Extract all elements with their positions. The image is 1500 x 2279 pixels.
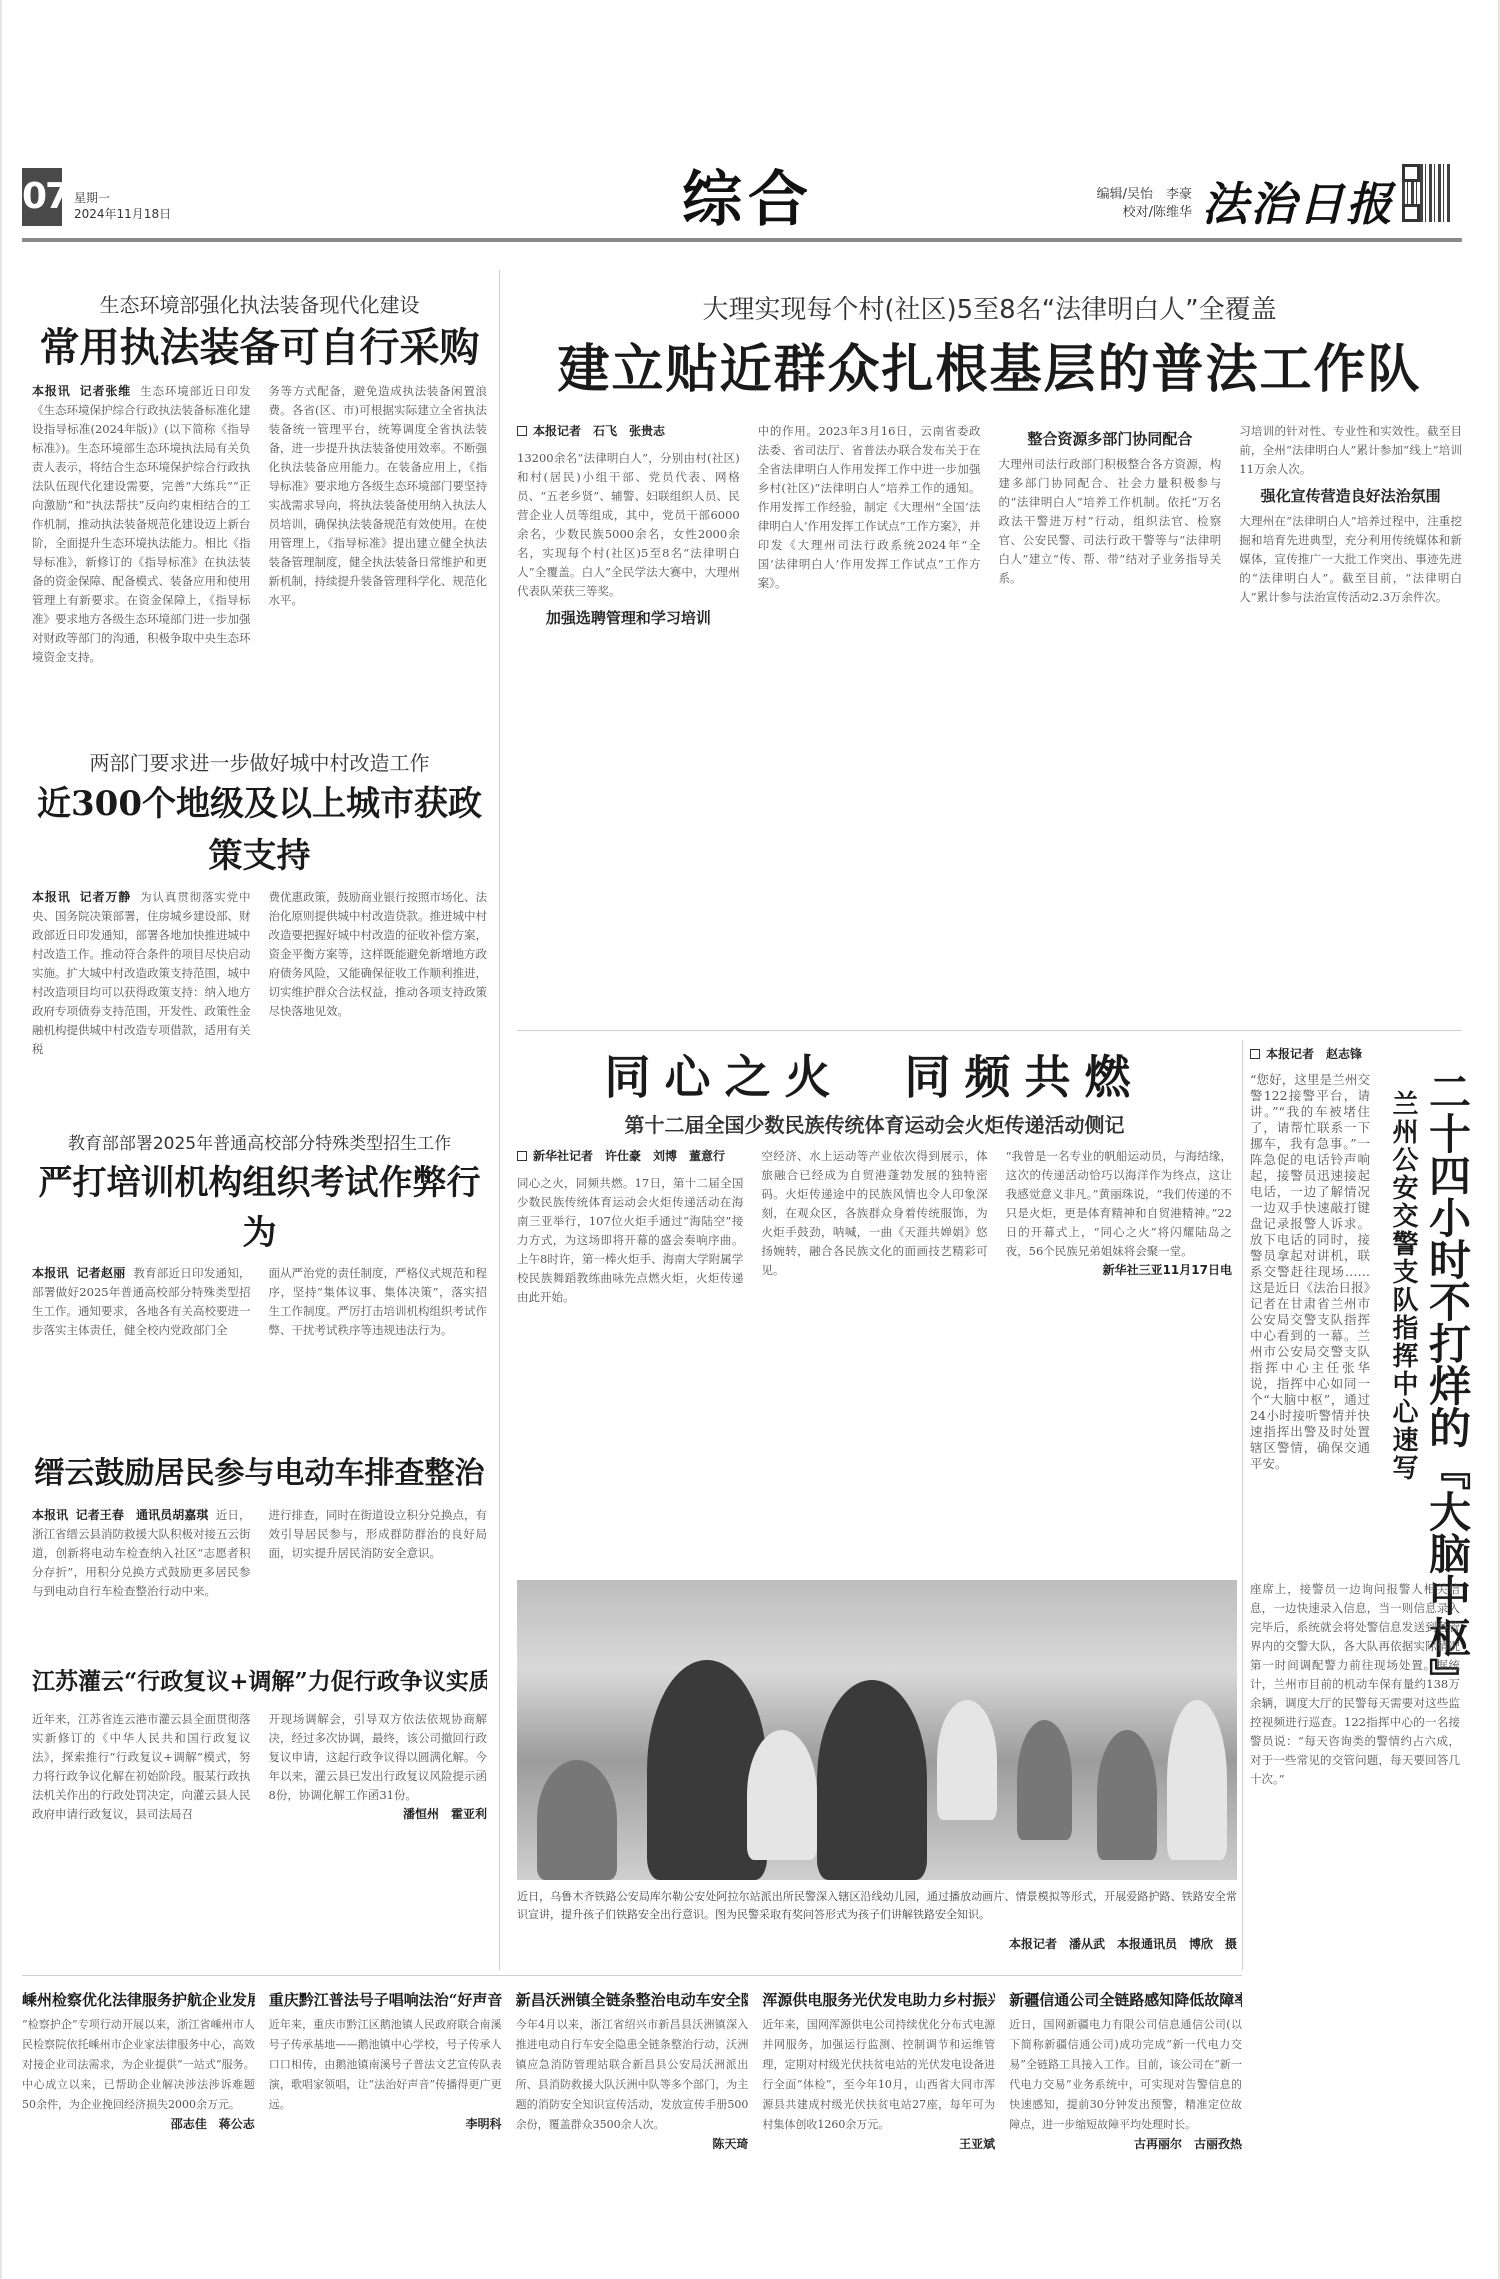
article-exam-cheating: 教育部部署2025年普通高校部分特殊类型招生工作 严打培训机构组织考试作弊行为 … <box>32 1130 487 1420</box>
byline-text: 新华社记者 许仕豪 刘博 董意行 <box>533 1149 725 1163</box>
article-subhead: 加强选聘管理和学习培训 <box>517 609 740 628</box>
brief-headline: 重庆黔江普法号子唱响法治“好声音” <box>269 1985 502 2015</box>
article-byline: 新华社记者 许仕豪 刘博 董意行 <box>517 1147 743 1166</box>
article-text: 习培训的针对性、专业性和实效性。截至目前，全州“法律明白人”累计参加“线上”培训… <box>1239 424 1462 476</box>
byline-box-icon <box>517 426 527 436</box>
brief-item: 浑源供电服务光伏发电助力乡村振兴 近年来，国网浑源供电公司持续优化分布式电源并网… <box>762 1985 995 2225</box>
article-column: “我曾是一名专业的帆船运动员，与海结缘，这次的传递活动恰巧以海洋作为终点，这让我… <box>1006 1147 1232 1307</box>
reporter: 记者赵丽 <box>77 1266 126 1280</box>
article-subhead: 整合资源多部门协同配合 <box>999 430 1222 449</box>
article-text: 面从严治党的责任制度，严格仪式规范和程序，坚持“集体议事、集体决策”，落实招生工… <box>269 1266 488 1337</box>
article-kicker: 教育部部署2025年普通高校部分特殊类型招生工作 <box>32 1130 487 1158</box>
article-byline: 本报记者 石飞 张贵志 <box>517 422 740 441</box>
article-column: 新华社记者 许仕豪 刘博 董意行 同心之火，同频共燃。17日，第十二届全国少数民… <box>517 1147 743 1307</box>
lead-tag: 本报讯 <box>32 890 71 904</box>
article-headline: 近300个地级及以上城市获政策支持 <box>32 778 487 882</box>
byline-text: 本报记者 赵志锋 <box>1266 1047 1362 1061</box>
article-headline: 建立贴近群众扎根基层的普法工作队 <box>517 330 1462 410</box>
photo-child-figure <box>537 1760 617 1880</box>
newspaper-logo: 法治日报 <box>1202 168 1394 234</box>
page-number: 07 <box>22 168 62 226</box>
photo-officer-figure <box>817 1680 927 1880</box>
article-env-equipment: 生态环境部强化执法装备现代化建设 常用执法装备可自行采购 本报讯 记者张维 生态… <box>32 290 487 730</box>
article-text: 中的作用。2023年3月16日，云南省委政法委、省司法厅、省普法办联合发布关于在… <box>758 424 981 590</box>
byline-text: 本报记者 石飞 张贵志 <box>533 424 665 438</box>
article-text: 大理州在“法律明白人”培养过程中，注重挖掘和培育先进典型，充分利用传统媒体和新媒… <box>1239 514 1462 604</box>
brief-signature: 古再丽尔 古丽孜热 <box>1009 2135 1242 2152</box>
article-text: 进行排查，同时在街道设立积分兑换点，有效引导居民参与，形成群防群治的良好局面，切… <box>269 1508 488 1560</box>
photo-credit: 本报记者 潘从武 本报通讯员 博欣 摄 <box>517 1935 1237 1955</box>
article-text: 务等方式配备，避免造成执法装备闲置浪费。各省(区、市)可根据实际建立全省执法装备… <box>269 384 488 607</box>
article-vertical-subtitle: 兰州公安交警支队指挥中心速写 <box>1387 1090 1419 1482</box>
article-column: 本报讯 记者张维 生态环境部近日印发《生态环境保护综合行政执法装备标准化建设指导… <box>32 382 251 667</box>
article-byline: 本报记者 赵志锋 <box>1250 1045 1370 1062</box>
article-text: 近年来，江苏省连云港市灌云县全面贯彻落实新修订的《中华人民共和国行政复议法》，探… <box>32 1712 251 1821</box>
article-column: 近年来，江苏省连云港市灌云县全面贯彻落实新修订的《中华人民共和国行政复议法》，探… <box>32 1710 251 1824</box>
article-headline: 缙云鼓励居民参与电动车排查整治 <box>32 1450 487 1498</box>
section-title: 综合 <box>682 160 814 240</box>
news-photo[interactable] <box>517 1580 1237 1880</box>
article-jinyun-ebike: 缙云鼓励居民参与电动车排查整治 本报讯 记者王春 通讯员胡嘉琪 近日，浙江省缙云… <box>32 1450 487 1640</box>
article-column: 费优惠政策，鼓励商业银行按照市场化、法治化原则提供城中村改造贷款。推进城中村改造… <box>269 888 488 1058</box>
masthead-rule <box>22 238 1462 242</box>
brief-text: 近年来，重庆市黔江区鹅池镇人民政府联合南溪号子传承基地——鹅池镇中心学校，号子传… <box>269 2015 502 2115</box>
brief-headline: 浑源供电服务光伏发电助力乡村振兴 <box>762 1985 995 2015</box>
article-column: 进行排查，同时在街道设立积分兑换点，有效引导居民参与，形成群防群治的良好局面，切… <box>269 1506 488 1601</box>
brief-item: 新疆信通公司全链路感知降低故障率 近日，国网新疆电力有限公司信息通信公司(以下简… <box>1009 1985 1242 2225</box>
article-kicker: 两部门要求进一步做好城中村改造工作 <box>32 748 487 778</box>
article-column: 整合资源多部门协同配合 大理州司法行政部门积极整合各方资源，构建多部门协同配合、… <box>999 422 1222 634</box>
issue-date: 2024年11月18日 <box>74 206 171 222</box>
article-lanzhou-column-2: 座席上，接警员一边询问报警人相关信息，一边快速录入信息，当一则信息录入完毕后，系… <box>1250 1580 1460 2220</box>
reporter: 记者王春 通讯员胡嘉琪 <box>76 1508 209 1522</box>
qr-code-icon[interactable] <box>1402 164 1450 222</box>
weekday: 星期一 <box>74 190 171 206</box>
article-headline: 常用执法装备可自行采购 <box>32 320 487 376</box>
article-column: 空经济、水上运动等产业依次得到展示，体旅融合已经成为自贸港蓬勃发展的独特密码。火… <box>761 1147 987 1307</box>
lead-tag: 本报讯 <box>32 384 71 398</box>
article-headline: 江苏灌云“行政复议+调解”力促行政争议实质性化解 <box>32 1660 487 1704</box>
column-divider <box>499 270 500 1970</box>
photo-child-figure <box>1097 1730 1157 1860</box>
brief-headline: 新昌沃洲镇全链条整治电动车安全隐患 <box>516 1985 749 2015</box>
photo-child-figure <box>1167 1700 1227 1860</box>
article-headline: 同心之火 同频共燃 <box>517 1045 1232 1109</box>
proofreader: 校对/陈维华 <box>1032 204 1192 222</box>
article-text: 空经济、水上运动等产业依次得到展示，体旅融合已经成为自贸港蓬勃发展的独特密码。火… <box>761 1149 987 1277</box>
article-text: 开现场调解会，引导双方依法依规协商解决，经过多次协调，最终，该公司撤回行政复议申… <box>269 1712 488 1802</box>
section-divider <box>517 1030 1462 1031</box>
article-kicker: 生态环境部强化执法装备现代化建设 <box>32 290 487 320</box>
article-text: “我曾是一名专业的帆船运动员，与海结缘，这次的传递活动恰巧以海洋作为终点，这让我… <box>1006 1149 1232 1258</box>
masthead: 07 星期一 2024年11月18日 综合 编辑/吴怡 李豪 校对/陈维华 法治… <box>22 160 1462 240</box>
lead-tag: 本报讯 <box>32 1508 68 1522</box>
article-text: 同心之火，同频共燃。17日，第十二届全国少数民族传统体育运动会火炬传递活动在海南… <box>517 1176 743 1304</box>
article-column: 本报讯 记者王春 通讯员胡嘉琪 近日，浙江省缙云县消防救援大队积极对接五云街道，… <box>32 1506 251 1601</box>
brief-text: 近年来，国网浑源供电公司持续优化分布式电源并网服务，加强运行监测、控制调节和运维… <box>762 2015 995 2135</box>
photo-caption: 近日，乌鲁木齐铁路公安局库尔勒公安处阿拉尔站派出所民警深入辖区沿线幼儿园，通过播… <box>517 1888 1237 1938</box>
article-column: 本报讯 记者赵丽 教育部近日印发通知，部署做好2025年普通高校部分特殊类型招生… <box>32 1264 251 1340</box>
article-text: 13200余名“法律明白人”，分别由村(社区)和村(居民)小组干部、党员代表、网… <box>517 451 740 598</box>
article-kicker: 大理实现每个村(社区)5至8名“法律明白人”全覆盖 <box>517 290 1462 330</box>
caption-text: 近日，乌鲁木齐铁路公安局库尔勒公安处阿拉尔站派出所民警深入辖区沿线幼儿园，通过播… <box>517 1890 1237 1921</box>
photo-child-figure <box>747 1730 817 1860</box>
article-text: 为认真贯彻落实党中央、国务院决策部署，住房城乡建设部、财政部近日印发通知，部署各… <box>32 890 251 1056</box>
article-signature: 潘恒州 霍亚利 <box>269 1805 488 1824</box>
reporter: 记者万静 <box>80 890 131 904</box>
brief-text: 今年4月以来，浙江省绍兴市新昌县沃洲镇深入推进电动自行车安全隐患全链条整治行动，… <box>516 2015 749 2135</box>
brief-headline: 新疆信通公司全链路感知降低故障率 <box>1009 1985 1242 2015</box>
article-guanyun-review: 江苏灌云“行政复议+调解”力促行政争议实质性化解 近年来，江苏省连云港市灌云县全… <box>32 1660 487 1970</box>
photo-child-figure <box>937 1700 997 1820</box>
article-column: 务等方式配备，避免造成执法装备闲置浪费。各省(区、市)可根据实际建立全省执法装备… <box>269 382 488 667</box>
article-torch-relay: 同心之火 同频共燃 第十二届全国少数民族传统体育运动会火炬传递活动侧记 新华社记… <box>517 1045 1232 1565</box>
brief-signature: 李明科 <box>269 2115 502 2132</box>
brief-item: 新昌沃洲镇全链条整治电动车安全隐患 今年4月以来，浙江省绍兴市新昌县沃洲镇深入推… <box>516 1985 749 2225</box>
article-column: 面从严治党的责任制度，严格仪式规范和程序，坚持“集体议事、集体决策”，落实招生工… <box>269 1264 488 1340</box>
article-subhead: 强化宣传营造良好法治氛围 <box>1239 487 1462 506</box>
article-column: 本报记者 石飞 张贵志 13200余名“法律明白人”，分别由村(社区)和村(居民… <box>517 422 740 634</box>
article-column: 开现场调解会，引导双方依法依规协商解决，经过多次协调，最终，该公司撤回行政复议申… <box>269 1710 488 1824</box>
brief-item: 重庆黔江普法号子唱响法治“好声音” 近年来，重庆市黔江区鹅池镇人民政府联合南溪号… <box>269 1985 502 2225</box>
brief-row: 嵊州检察优化法律服务护航企业发展 “检察护企”专项行动开展以来，浙江省嵊州市人民… <box>22 1985 1242 2225</box>
article-column: 习培训的针对性、专业性和实效性。截至目前，全州“法律明白人”累计参加“线上”培训… <box>1239 422 1462 634</box>
article-text: 座席上，接警员一边询问报警人相关信息，一边快速录入信息，当一则信息录入完毕后，系… <box>1250 1582 1460 1786</box>
section-divider <box>22 1975 1242 1976</box>
reporter: 记者张维 <box>80 384 131 398</box>
article-text: 大理州司法行政部门积极整合各方资源，构建多部门协同配合、社会力量积极参与的“法律… <box>999 457 1222 585</box>
photo-child-figure <box>1017 1720 1072 1840</box>
article-urban-village: 两部门要求进一步做好城中村改造工作 近300个地级及以上城市获政策支持 本报讯 … <box>32 748 487 1058</box>
article-column: 本报讯 记者万静 为认真贯彻落实党中央、国务院决策部署，住房城乡建设部、财政部近… <box>32 888 251 1058</box>
byline-box-icon <box>1250 1049 1260 1059</box>
article-text: “您好，这里是兰州交警122接警平台，请讲。”“我的车被堵住了，请帮忙联系一下挪… <box>1250 1072 1370 1472</box>
newspaper-page: 07 星期一 2024年11月18日 综合 编辑/吴怡 李豪 校对/陈维华 法治… <box>0 0 1500 2279</box>
editors: 编辑/吴怡 李豪 <box>1032 186 1192 204</box>
column-divider <box>1242 1040 1243 1970</box>
byline-box-icon <box>517 1151 527 1161</box>
brief-headline: 嵊州检察优化法律服务护航企业发展 <box>22 1985 255 2015</box>
editor-credits: 编辑/吴怡 李豪 校对/陈维华 <box>1032 186 1192 222</box>
article-signature: 新华社三亚11月17日电 <box>1006 1261 1232 1280</box>
article-text: 费优惠政策，鼓励商业银行按照市场化、法治化原则提供城中村改造贷款。推进城中村改造… <box>269 890 488 1018</box>
brief-item: 嵊州检察优化法律服务护航企业发展 “检察护企”专项行动开展以来，浙江省嵊州市人民… <box>22 1985 255 2225</box>
article-text: 生态环境部近日印发《生态环境保护综合行政执法装备标准化建设指导标准(2024年版… <box>32 384 251 664</box>
brief-text: “检察护企”专项行动开展以来，浙江省嵊州市人民检察院依托嵊州市企业家法律服务中心… <box>22 2015 255 2115</box>
brief-text: 近日，国网新疆电力有限公司信息通信公司(以下简称新疆信通公司)成功完成“新一代电… <box>1009 2015 1242 2135</box>
brief-signature: 王亚斌 <box>762 2135 995 2152</box>
article-dali-law-team: 大理实现每个村(社区)5至8名“法律明白人”全覆盖 建立贴近群众扎根基层的普法工… <box>517 290 1462 1010</box>
lead-tag: 本报讯 <box>32 1266 69 1280</box>
brief-signature: 陈天琦 <box>516 2135 749 2152</box>
brief-signature: 邵志佳 蒋公志 <box>22 2115 255 2132</box>
article-headline: 严打培训机构组织考试作弊行为 <box>32 1158 487 1258</box>
date-block: 星期一 2024年11月18日 <box>74 190 171 222</box>
article-subtitle: 第十二届全国少数民族传统体育运动会火炬传递活动侧记 <box>517 1109 1232 1141</box>
article-column: 中的作用。2023年3月16日，云南省委政法委、省司法厅、省普法办联合发布关于在… <box>758 422 981 634</box>
